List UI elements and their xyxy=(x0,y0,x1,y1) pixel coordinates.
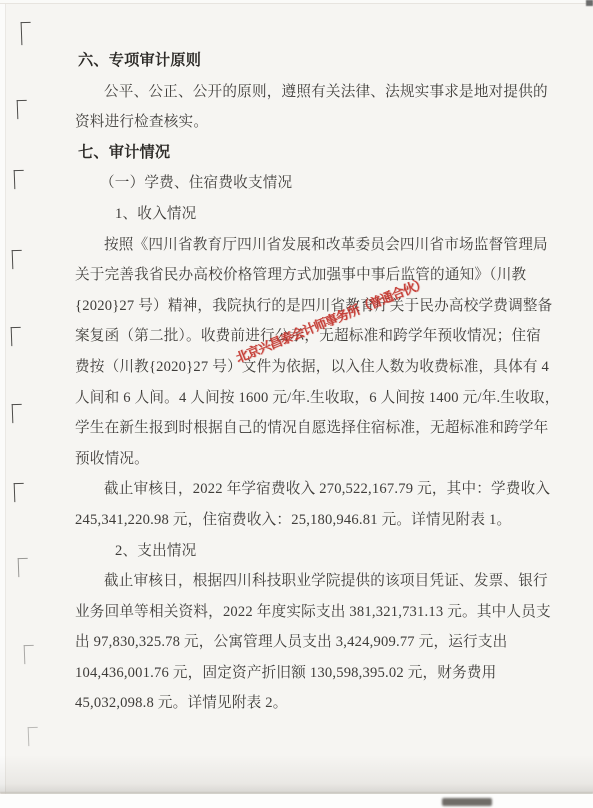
text-line: 资料进行检查核实。 xyxy=(75,107,525,138)
page-edge-smudge xyxy=(442,798,492,806)
text-line: 预收情况。 xyxy=(75,444,525,475)
text-line: 截止审核日，根据四川科技职业学院提供的该项目凭证、发票、银行 xyxy=(75,566,525,597)
text-line: 六、专项审计原则 xyxy=(75,46,525,77)
text-line: 公平、公正、公开的原则，遵照有关法律、法规实事求是地对提供的 xyxy=(75,77,525,108)
document-body: 六、专项审计原则公平、公正、公开的原则，遵照有关法律、法规实事求是地对提供的资料… xyxy=(75,46,525,719)
text-line: 1、收入情况 xyxy=(75,199,525,230)
text-line: 按照《四川省教育厅四川省发展和改革委员会四川省市场监督管理局 xyxy=(75,230,525,261)
text-line: 出 97,830,325.78 元，公寓管理人员支出 3,424,909.77 … xyxy=(75,627,525,658)
text-line: {2020}27 号）精神，我院执行的是四川省教育厅关于民办高校学费调整备 xyxy=(75,291,525,322)
binding-mark xyxy=(12,404,23,423)
scanned-audit-report-page: 六、专项审计原则公平、公正、公开的原则，遵照有关法律、法规实事求是地对提供的资料… xyxy=(0,0,593,808)
scanner-left-edge xyxy=(0,0,6,808)
corner-scan-artifact xyxy=(586,0,593,6)
binding-mark xyxy=(24,645,35,664)
binding-mark xyxy=(14,170,25,189)
text-line: 人间和 6 人间。4 人间按 1600 元/年.生收取，6 人间按 1400 元… xyxy=(75,383,525,414)
binding-mark xyxy=(17,100,28,119)
scanner-top-edge xyxy=(0,0,593,4)
binding-mark xyxy=(28,727,39,746)
text-line: 七、审计情况 xyxy=(75,138,525,169)
text-line: 104,436,001.76 元，固定资产折旧额 130,598,395.02 … xyxy=(75,658,525,689)
text-line: 业务回单等相关资料，2022 年度实际支出 381,321,731.13 元。其… xyxy=(75,597,525,628)
binding-mark xyxy=(11,327,22,346)
binding-mark xyxy=(18,558,29,577)
scanner-bottom-strip xyxy=(0,794,593,808)
binding-mark xyxy=(21,22,32,45)
text-line: 2、支出情况 xyxy=(75,536,525,567)
binding-mark xyxy=(12,250,23,269)
text-line: 关于完善我省民办高校价格管理方式加强事中事后监管的通知》（川教 xyxy=(75,260,525,291)
text-line: 45,032,098.8 元。详情见附表 2。 xyxy=(75,688,525,719)
text-line: 学生在新生报到时根据自己的情况自愿选择住宿标准，无超标准和跨学年 xyxy=(75,413,525,444)
text-line: 费按（川教{2020}27 号）文件为依据，以入住人数为收费标准，具体有 4 xyxy=(75,352,525,383)
text-line: 245,341,220.98 元，住宿费收入：25,180,946.81 元。详… xyxy=(75,505,525,536)
text-line: 截止审核日，2022 年学宿费收入 270,522,167.79 元，其中：学费… xyxy=(75,474,525,505)
page-bottom-shadow xyxy=(0,755,593,793)
binding-mark xyxy=(14,483,25,502)
text-line: （一）学费、住宿费收支情况 xyxy=(75,168,525,199)
